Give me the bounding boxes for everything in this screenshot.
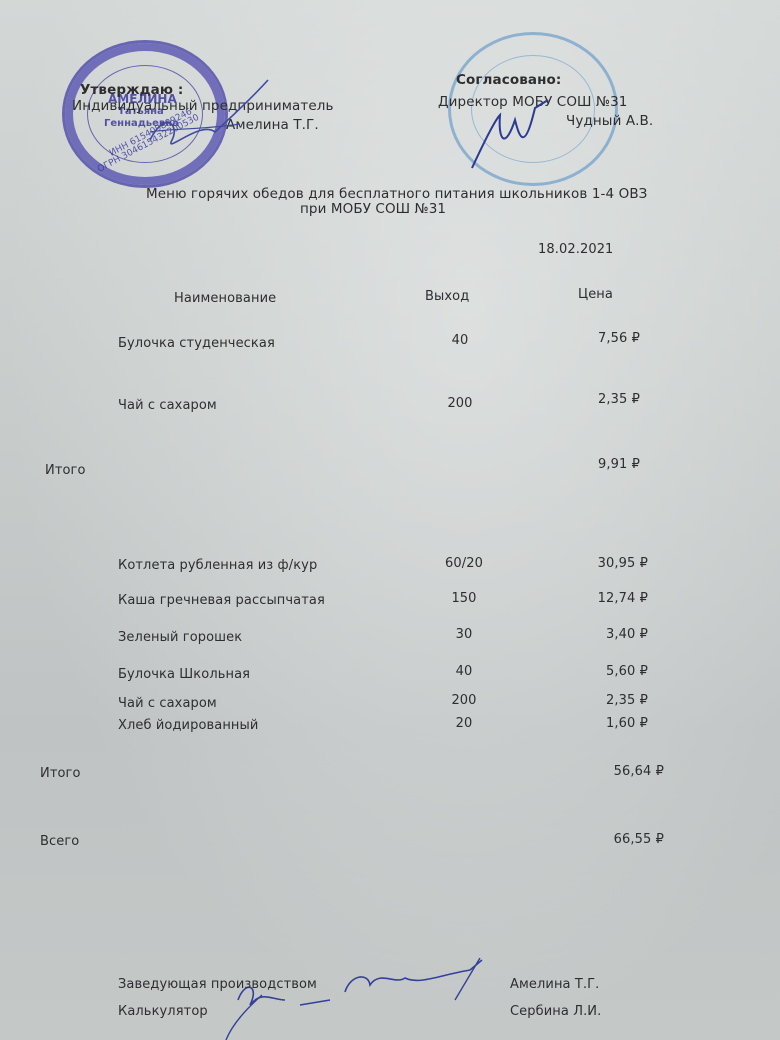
subtotal-value: 56,64 ₽ bbox=[580, 764, 664, 779]
item-price: 2,35 ₽ bbox=[560, 392, 640, 407]
subtotal-value: 9,91 ₽ bbox=[560, 457, 640, 472]
column-header-yield: Выход bbox=[425, 289, 469, 304]
menu-title-line-2: при МОБУ СОШ №31 bbox=[300, 201, 446, 217]
subtotal-label: Итого bbox=[45, 463, 86, 478]
item-name: Булочка студенческая bbox=[118, 336, 275, 351]
signature-name: Амелина Т.Г. bbox=[510, 977, 599, 992]
total-value: 66,55 ₽ bbox=[580, 832, 664, 847]
item-price: 12,74 ₽ bbox=[564, 591, 648, 606]
subtotal-label: Итого bbox=[40, 766, 81, 781]
item-price: 1,60 ₽ bbox=[564, 716, 648, 731]
item-yield: 30 bbox=[422, 627, 506, 642]
item-yield: 60/20 bbox=[422, 556, 506, 571]
item-name: Чай с сахаром bbox=[118, 398, 217, 413]
item-name: Каша гречневая рассыпчатая bbox=[118, 593, 325, 608]
item-price: 30,95 ₽ bbox=[564, 556, 648, 571]
column-header-price: Цена bbox=[578, 287, 613, 302]
item-yield: 200 bbox=[422, 693, 506, 708]
item-yield: 150 bbox=[422, 591, 506, 606]
item-name: Зеленый горошек bbox=[118, 630, 242, 645]
document-page: АМЕЛИНА Татьяна Геннадьевна ИНН 61540988… bbox=[0, 0, 780, 1040]
item-yield: 40 bbox=[422, 664, 506, 679]
item-price: 2,35 ₽ bbox=[564, 693, 648, 708]
handwritten-signatures bbox=[0, 0, 780, 1040]
item-name: Булочка Школьная bbox=[118, 667, 250, 682]
total-label: Всего bbox=[40, 834, 79, 849]
item-name: Чай с сахаром bbox=[118, 696, 217, 711]
menu-title-line-1: Меню горячих обедов для бесплатного пита… bbox=[146, 186, 647, 202]
item-yield: 20 bbox=[422, 716, 506, 731]
item-name: Хлеб йодированный bbox=[118, 718, 258, 733]
signature-name: Сербина Л.И. bbox=[510, 1004, 601, 1019]
column-header-name: Наименование bbox=[174, 291, 276, 306]
item-name: Котлета рубленная из ф/кур bbox=[118, 558, 317, 573]
signature-role: Калькулятор bbox=[118, 1004, 208, 1019]
item-price: 7,56 ₽ bbox=[560, 331, 640, 346]
menu-date: 18.02.2021 bbox=[538, 242, 613, 257]
item-yield: 40 bbox=[420, 333, 500, 348]
signature-role: Заведующая производством bbox=[118, 977, 317, 992]
item-price: 3,40 ₽ bbox=[564, 627, 648, 642]
item-price: 5,60 ₽ bbox=[564, 664, 648, 679]
item-yield: 200 bbox=[420, 396, 500, 411]
